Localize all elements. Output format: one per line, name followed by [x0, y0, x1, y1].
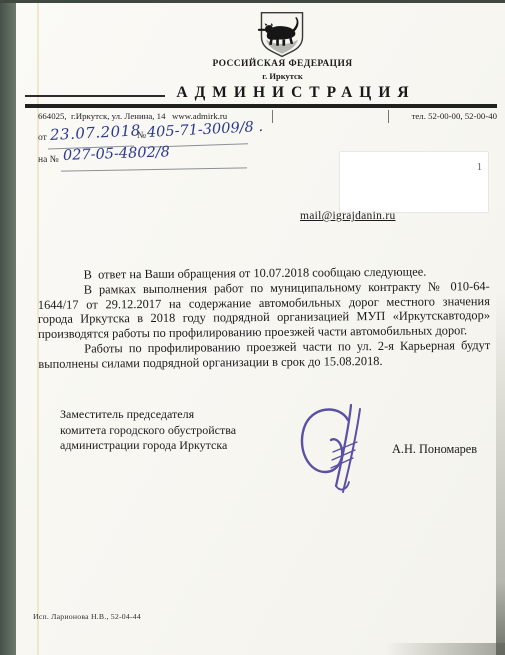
address-divider [272, 110, 273, 123]
ref-number-handwritten: 405-71-3009/8 . [147, 119, 264, 141]
scanner-corner-shadow [385, 643, 505, 655]
ref-number-label: № [137, 131, 146, 141]
signatory-title: Заместитель председателя комитета городс… [60, 407, 236, 454]
letterhead-address: 664025, г.Иркутск, ул. Ленина, 14 www.ad… [38, 111, 227, 121]
ref-reply-handwritten: 027-05-4802/8 [63, 144, 170, 164]
body-paragraph-3: Работы по профилированию проезжей части … [38, 338, 490, 372]
ref-reply-underline [61, 167, 247, 171]
scanner-edge-top [0, 0, 505, 3]
recipient-email: mail@igrajdanin.ru [300, 210, 396, 222]
signatory-title-line1: Заместитель председателя [60, 407, 236, 423]
handwritten-signature-icon [291, 400, 373, 495]
redaction-box [340, 152, 488, 212]
letter-body: В ответ на Ваши обращения от 10.07.2018 … [38, 264, 491, 372]
scanned-letter-page: РОССИЙСКАЯ ФЕДЕРАЦИЯ г. Иркутск АДМИНИСТ… [0, 0, 505, 655]
country-name: РОССИЙСКАЯ ФЕДЕРАЦИЯ [175, 59, 390, 69]
ref-reply-label: на № [38, 155, 59, 165]
phone-divider [388, 110, 389, 123]
redaction-edge-mark: 1 [477, 162, 482, 173]
signatory-title-line3: администрации города Иркутска [60, 438, 236, 454]
header-rule-main [25, 104, 497, 108]
organization-title: АДМИНИСТРАЦИЯ [118, 84, 474, 102]
signatory-name: А.Н. Пономарев [392, 442, 477, 457]
ref-from-label: от [38, 133, 47, 143]
letterhead-phone: тел. 52-00-00, 52-00-40 [392, 111, 497, 121]
body-paragraph-2: В рамках выполнения работ по муниципальн… [38, 279, 490, 342]
signatory-title-line2: комитета городского обустройства [60, 423, 236, 439]
header-rule-left [25, 95, 165, 97]
city-name: г. Иркутск [175, 71, 390, 81]
irkutsk-coat-of-arms-icon [254, 10, 310, 60]
ref-date-handwritten: 23.07.2018 [50, 121, 142, 144]
scanner-edge-right [496, 290, 505, 655]
executor-note: Исп. Ларионова Н.В., 52-04-44 [33, 612, 141, 621]
scanner-edge-band [0, 0, 16, 655]
